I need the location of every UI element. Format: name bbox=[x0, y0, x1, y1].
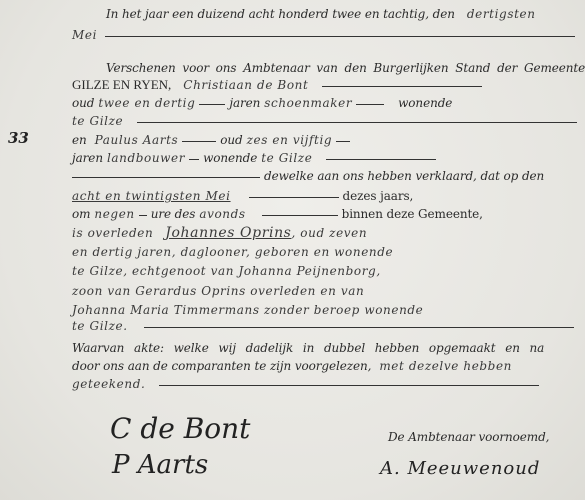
record-line-closing-3: geteekend. bbox=[72, 376, 572, 392]
record-line-closing-1: Waarvan akte: welke wij dadelijk in dubb… bbox=[72, 340, 572, 356]
record-line-closing-2: door ons aan de comparanten te zijn voor… bbox=[72, 358, 572, 374]
record-line-details-4: Johanna Maria Timmermans zonder beroep w… bbox=[72, 302, 572, 318]
record-line-details-3: zoon van Gerardus Oprins overleden en va… bbox=[72, 283, 572, 299]
record-line-date: In het jaar een duizend acht honderd twe… bbox=[106, 6, 585, 22]
record-line-death-date: acht en twintigsten Mei dezes jaars, bbox=[72, 188, 572, 204]
record-line-deceased: is overleden Johannes Oprins, oud zeven bbox=[72, 225, 572, 241]
record-line-municipality: GILZE EN RYEN, Christiaan de Bont bbox=[72, 77, 572, 93]
civil-registry-death-record: 33 In het jaar een duizend acht honderd … bbox=[0, 0, 585, 500]
official-label: De Ambtenaar voornoemd, bbox=[388, 430, 549, 444]
deceased-name: Johannes Oprins bbox=[165, 225, 291, 241]
record-line-declared: dewelke aan ons hebben verklaard, dat op… bbox=[72, 168, 572, 184]
signature-witness-1: C de Bont bbox=[110, 412, 250, 445]
signature-witness-2: P Aarts bbox=[112, 450, 208, 480]
record-line-death-time: om negen ure des avonds binnen deze Geme… bbox=[72, 206, 572, 222]
record-number: 33 bbox=[8, 129, 29, 147]
record-line-witness1-age: oud twee en dertig jaren schoenmaker won… bbox=[72, 95, 572, 111]
record-line-witness2-occupation: jaren landbouwer wonende te Gilze bbox=[72, 150, 572, 166]
record-line-details-1: en dertig jaren, daglooner, geboren en w… bbox=[72, 244, 572, 260]
record-line-details-5: te Gilze. bbox=[72, 318, 572, 334]
record-line-appeared: Verschenen voor ons Ambtenaar van den Bu… bbox=[106, 60, 585, 76]
record-line-month: Mei bbox=[72, 27, 572, 43]
record-line-details-2: te Gilze, echtgenoot van Johanna Peijnen… bbox=[72, 263, 572, 279]
signature-official: A. Meeuwenoud bbox=[380, 458, 540, 479]
record-line-witness1-residence: te Gilze bbox=[72, 113, 572, 129]
record-line-witness2: en Paulus Aarts oud zes en vijftig bbox=[72, 132, 572, 148]
